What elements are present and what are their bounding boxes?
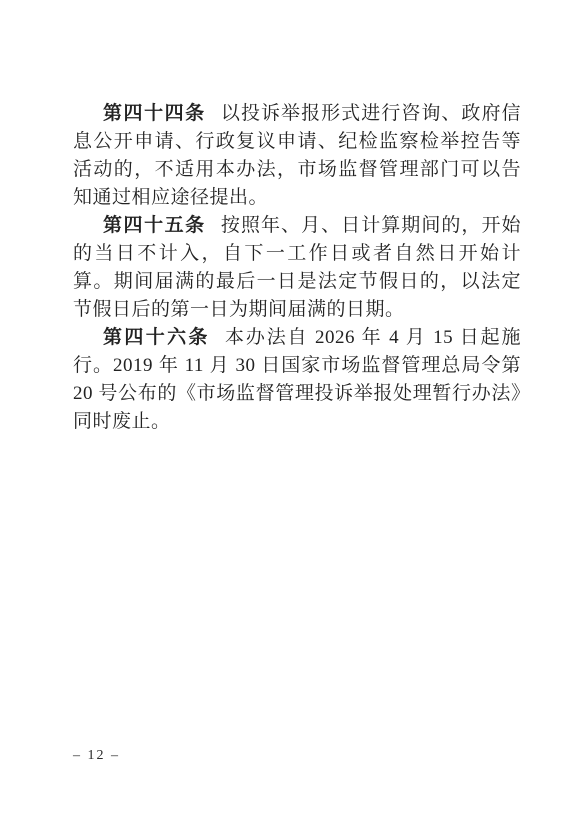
article-number: 第四十五条: [103, 215, 206, 236]
document-page: 第四十四条以投诉举报形式进行咨询、政府信息公开申请、行政复议申请、纪检监察检举控…: [0, 0, 585, 828]
article-paragraph: 第四十六条本办法自 2026 年 4 月 15 日起施行。2019 年 11 月…: [73, 324, 521, 436]
page-number: – 12 –: [73, 747, 120, 765]
article-number: 第四十六条: [103, 327, 210, 348]
article-number: 第四十四条: [103, 103, 206, 124]
document-body: 第四十四条以投诉举报形式进行咨询、政府信息公开申请、行政复议申请、纪检监察检举控…: [73, 100, 521, 436]
article-paragraph: 第四十四条以投诉举报形式进行咨询、政府信息公开申请、行政复议申请、纪检监察检举控…: [73, 100, 521, 212]
article-paragraph: 第四十五条按照年、月、日计算期间的，开始的当日不计入，自下一工作日或者自然日开始…: [73, 212, 521, 324]
